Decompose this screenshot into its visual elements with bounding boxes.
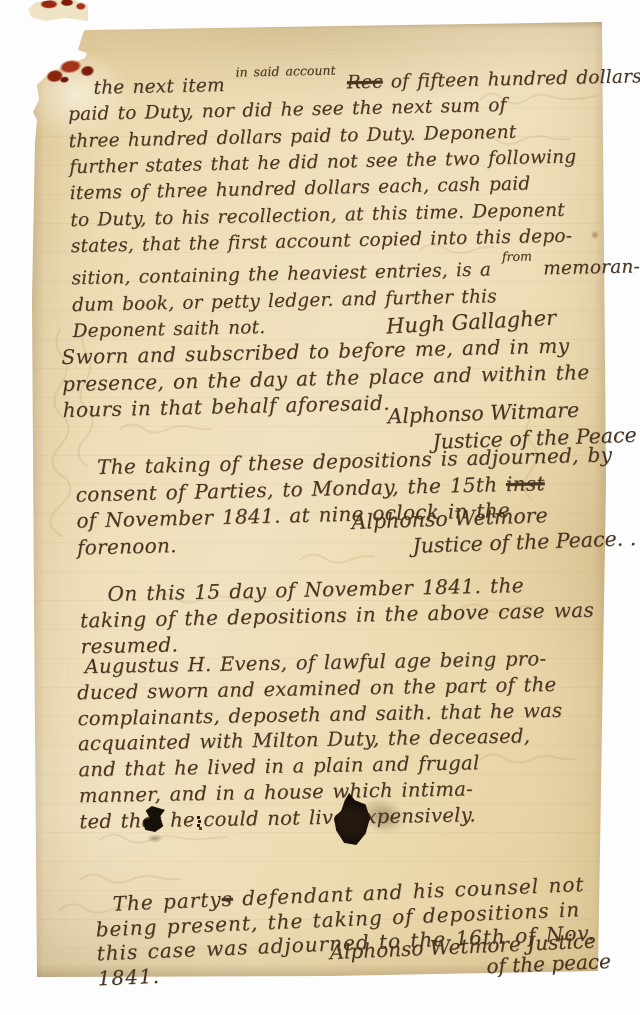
interlinear-insertion: from xyxy=(502,249,532,265)
interlinear-insertion: in said account xyxy=(235,62,335,79)
ink-speck xyxy=(197,816,200,819)
scanned-document-page: the next item in said account Rec of fif… xyxy=(0,0,640,1015)
struck-out-word: s xyxy=(221,887,233,911)
deposition-continuation-paragraph: the next item in said account Rec of fif… xyxy=(67,58,640,345)
signature-justice-2: Alphonso WetmoreJustice of the Peace. . xyxy=(351,499,636,561)
struck-out-word: Rec xyxy=(347,72,383,94)
ink-blot-smudge xyxy=(147,834,163,843)
evens-testimony-paragraph: Augustus H. Evens, of lawful age being p… xyxy=(76,646,564,835)
manuscript-line: of the peace xyxy=(486,951,611,977)
struck-out-word: inst xyxy=(506,471,545,496)
